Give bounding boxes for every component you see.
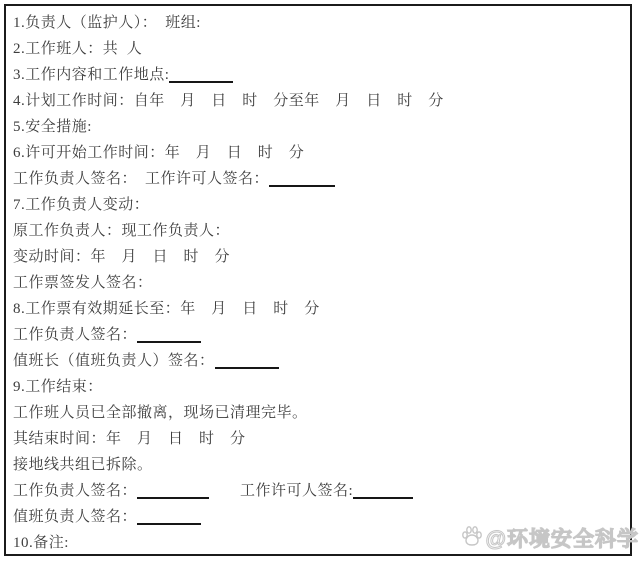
form-text: 1.负责人（监护人）： 班组: [13, 15, 201, 31]
form-line: 2.工作班人：共 人 [13, 36, 624, 62]
form-line: 工作票签发人签名： [13, 270, 624, 296]
form-text: 其结束时间：年 月 日 时 分 [13, 431, 246, 447]
form-line: 变动时间：年 月 日 时 分 [13, 244, 624, 270]
form-text: 接地线共组已拆除。 [13, 457, 153, 473]
form-text: 3.工作内容和工作地点: [13, 67, 169, 83]
form-line: 值班长（值班负责人）签名： [13, 348, 624, 374]
form-line: 9.工作结束： [13, 374, 624, 400]
form-text: 值班长（值班负责人）签名： [13, 353, 215, 369]
form-line: 8.工作票有效期延长至：年 月 日 时 分 [13, 296, 624, 322]
form-line: 6.许可开始工作时间：年 月 日 时 分 [13, 140, 624, 166]
form-line: 工作班人员已全部撤离，现场已清理完毕。 [13, 400, 624, 426]
form-text: 7.工作负责人变动： [13, 197, 149, 213]
form-text: 2.工作班人：共 人 [13, 41, 142, 57]
form-text: 工作许可人签名: [209, 483, 353, 499]
form-text: 值班负责人签名： [13, 509, 137, 525]
form-text: 原工作负责人：现工作负责人： [13, 223, 230, 239]
form-text: 工作负责人签名： 工作许可人签名： [13, 171, 269, 187]
form-text: 工作负责人签名： [13, 327, 137, 343]
document-border: 1.负责人（监护人）： 班组:2.工作班人：共 人3.工作内容和工作地点:4.计… [4, 4, 632, 556]
form-line: 值班负责人签名： [13, 504, 624, 530]
form-line: 3.工作内容和工作地点: [13, 62, 624, 88]
form-text: 5.安全措施: [13, 119, 92, 135]
form-lines: 1.负责人（监护人）： 班组:2.工作班人：共 人3.工作内容和工作地点:4.计… [6, 6, 630, 556]
form-line: 4.计划工作时间：自年 月 日 时 分至年 月 日 时 分 [13, 88, 624, 114]
form-text: 工作票签发人签名： [13, 275, 153, 291]
form-text: 6.许可开始工作时间：年 月 日 时 分 [13, 145, 304, 161]
blank-underline [137, 341, 201, 343]
form-text: 工作负责人签名： [13, 483, 137, 499]
form-line: 接地线共组已拆除。 [13, 452, 624, 478]
blank-underline [137, 523, 201, 525]
blank-underline [269, 185, 335, 187]
form-text: 10.备注: [13, 535, 69, 551]
form-line: 1.负责人（监护人）： 班组: [13, 10, 624, 36]
form-line: 工作负责人签名： 工作许可人签名： [13, 166, 624, 192]
form-line: 10.备注: [13, 530, 624, 556]
blank-underline [215, 367, 279, 369]
form-line: 原工作负责人：现工作负责人： [13, 218, 624, 244]
form-text: 9.工作结束： [13, 379, 103, 395]
form-text: 8.工作票有效期延长至：年 月 日 时 分 [13, 301, 320, 317]
blank-underline [137, 497, 209, 499]
form-text: 4.计划工作时间：自年 月 日 时 分至年 月 日 时 分 [13, 93, 444, 109]
form-line: 7.工作负责人变动： [13, 192, 624, 218]
blank-underline [353, 497, 413, 499]
form-text: 变动时间：年 月 日 时 分 [13, 249, 230, 265]
form-text: 工作班人员已全部撤离，现场已清理完毕。 [13, 405, 308, 421]
work-permit-document: 1.负责人（监护人）： 班组:2.工作班人：共 人3.工作内容和工作地点:4.计… [0, 0, 640, 561]
form-line: 工作负责人签名： [13, 322, 624, 348]
form-line: 工作负责人签名： 工作许可人签名: [13, 478, 624, 504]
form-line: 其结束时间：年 月 日 时 分 [13, 426, 624, 452]
blank-underline [169, 81, 233, 83]
form-line: 5.安全措施: [13, 114, 624, 140]
